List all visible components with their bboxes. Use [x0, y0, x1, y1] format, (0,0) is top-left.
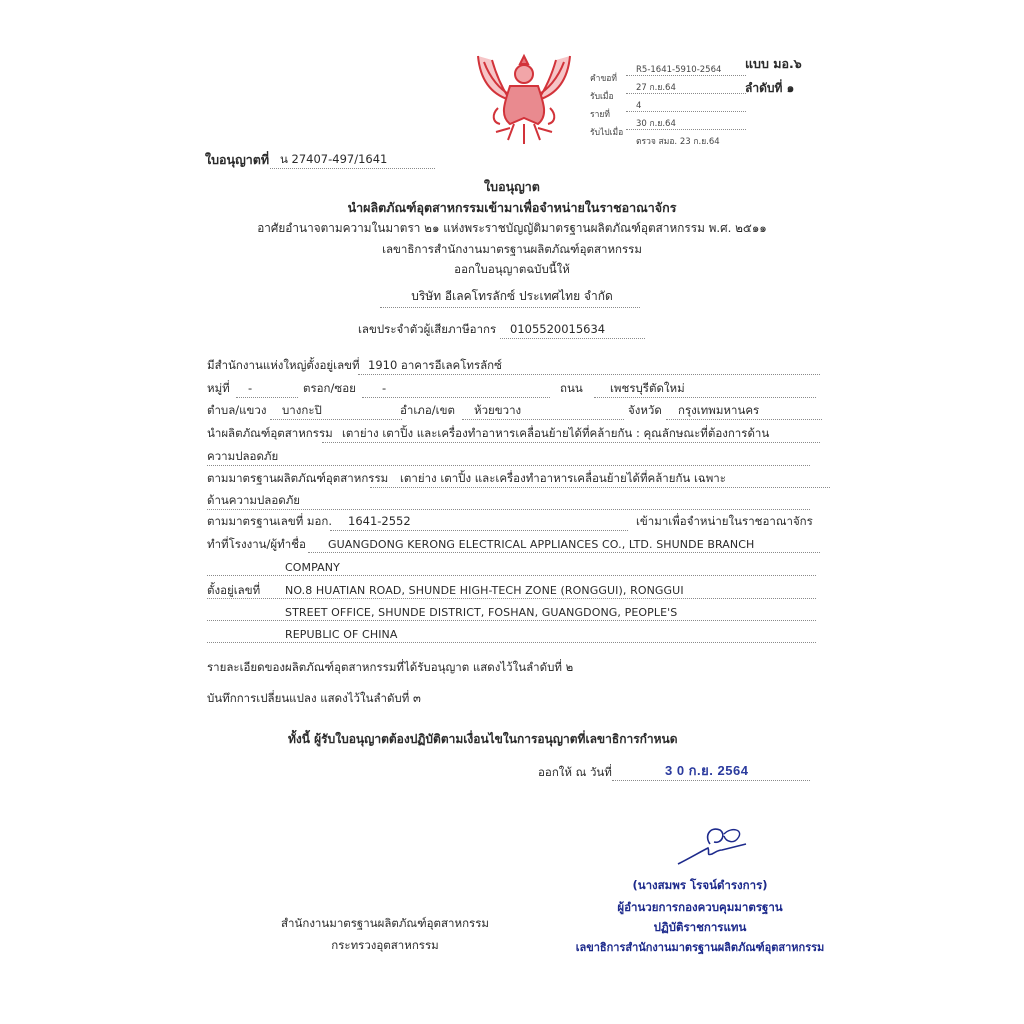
signer-acting: ปฏิบัติราชการแทน: [560, 922, 840, 934]
picked-label: รับไปเมื่อ: [590, 128, 623, 138]
signer-title: ผู้อำนวยการกองควบคุมมาตรฐาน: [560, 902, 840, 914]
manufacturer-line1: GUANGDONG KERONG ELECTRICAL APPLIANCES C…: [308, 539, 820, 553]
details-note: รายละเอียดของผลิตภัณฑ์อุตสาหกรรมที่ได้รั…: [207, 662, 573, 674]
tax-id: 0105520015634: [500, 324, 645, 339]
road-label: ถนน: [560, 383, 583, 395]
tis-number: 1641-2552: [330, 516, 628, 531]
district-value: ห้วยขวาง: [462, 405, 624, 420]
hq-address: 1910 อาคารอีเลคโทรลักซ์: [358, 360, 820, 375]
title-authority: อาศัยอำนาจตามความในมาตรา ๒๑ แห่งพระราชบั…: [0, 223, 1024, 235]
subdistrict-value: บางกะปิ: [270, 405, 402, 420]
checked-note: ตรวจ สมอ. 23 ก.ย.64: [636, 138, 720, 147]
moo-label: หมู่ที่: [207, 383, 230, 395]
received-value: 27 ก.ย.64: [626, 84, 746, 94]
standard-label: ตามมาตรฐานผลิตภัณฑ์อุตสาหกรรม: [207, 473, 388, 485]
conditions-note: ทั้งนี้ ผู้รับใบอนุญาตต้องปฏิบัติตามเงื่…: [288, 733, 678, 745]
received-label: รับเมื่อ: [590, 92, 614, 102]
title-secretary: เลขาธิการสำนักงานมาตรฐานผลิตภัณฑ์อุตสาหก…: [0, 244, 1024, 256]
factory-address3: REPUBLIC OF CHINA: [207, 629, 816, 643]
item-value: 4: [626, 102, 746, 112]
district-label: อำเภอ/เขต: [400, 405, 455, 417]
footer-office: สำนักงานมาตรฐานผลิตภัณฑ์อุตสาหกรรม: [260, 918, 510, 930]
receipt-stamp: คำขอที่ R5-1641-5910-2564 รับเมื่อ 27 ก.…: [590, 66, 740, 152]
moo-value: -: [236, 383, 298, 398]
province-value: กรุงเทพมหานคร: [666, 405, 822, 420]
product-label: นำผลิตภัณฑ์อุตสาหกรรม: [207, 428, 333, 440]
import-text: เข้ามาเพื่อจำหน่ายในราชอาณาจักร: [636, 516, 813, 528]
standard-line2: ด้านความปลอดภัย: [207, 495, 810, 510]
manufacturer-label: ทำที่โรงงาน/ผู้ทำชื่อ: [207, 539, 306, 551]
hq-label: มีสำนักงานแห่งใหญ่ตั้งอยู่เลขที่: [207, 360, 360, 372]
issue-date-label: ออกให้ ณ วันที่: [538, 767, 612, 779]
issue-date: 3 0 ก.ย. 2564: [665, 764, 748, 777]
changes-note: บันทึกการเปลี่ยนแปลง แสดงไว้ในลำดับที่ ๓: [207, 693, 421, 705]
standard-line1: เตาย่าง เตาปิ้ง และเครื่องทำอาหารเคลื่อน…: [370, 473, 830, 488]
garuda-seal-icon: [470, 48, 578, 148]
request-no-value: R5-1641-5910-2564: [626, 66, 746, 76]
request-no-label: คำขอที่: [590, 74, 617, 84]
tis-label: ตามมาตรฐานเลขที่ มอก.: [207, 516, 332, 528]
item-label: รายที่: [590, 110, 610, 120]
product-line1: เตาย่าง เตาปิ้ง และเครื่องทำอาหารเคลื่อน…: [322, 428, 820, 443]
title-import: นำผลิตภัณฑ์อุตสาหกรรมเข้ามาเพื่อจำหน่ายใ…: [0, 202, 1024, 215]
factory-address2: STREET OFFICE, SHUNDE DISTRICT, FOSHAN, …: [207, 607, 816, 621]
title-issue-to: ออกใบอนุญาตฉบับนี้ให้: [0, 264, 1024, 276]
license-number: น 27407-497/1641: [270, 154, 435, 169]
road-value: เพชรบุรีตัดใหม่: [594, 383, 816, 398]
factory-address1: NO.8 HUATIAN ROAD, SHUNDE HIGH-TECH ZONE…: [207, 585, 816, 599]
signature-scribble-icon: [676, 822, 752, 868]
picked-value: 30 ก.ย.64: [626, 120, 746, 130]
title-license: ใบอนุญาต: [0, 181, 1024, 194]
signer-org: เลขาธิการสำนักงานมาตรฐานผลิตภัณฑ์อุตสาหก…: [560, 942, 840, 953]
province-label: จังหวัด: [628, 405, 662, 417]
footer-ministry: กระทรวงอุตสาหกรรม: [260, 940, 510, 952]
signer-name: (นางสมพร โรจน์ดำรงการ): [560, 880, 840, 892]
manufacturer-line2: COMPANY: [207, 562, 816, 576]
soi-label: ตรอก/ซอย: [303, 383, 356, 395]
licensee-name: บริษัท อีเลคโทรลักซ์ ประเทศไทย จำกัด: [0, 290, 1024, 302]
license-number-label: ใบอนุญาตที่: [205, 154, 269, 167]
subdistrict-label: ตำบล/แขวง: [207, 405, 267, 417]
tax-id-label: เลขประจำตัวผู้เสียภาษีอากร: [358, 324, 496, 336]
sequence-number: ลำดับที่ ๑: [745, 82, 794, 94]
form-code: แบบ มอ.๖: [745, 58, 802, 71]
product-line2: ความปลอดภัย: [207, 451, 810, 466]
soi-value: -: [362, 383, 550, 398]
